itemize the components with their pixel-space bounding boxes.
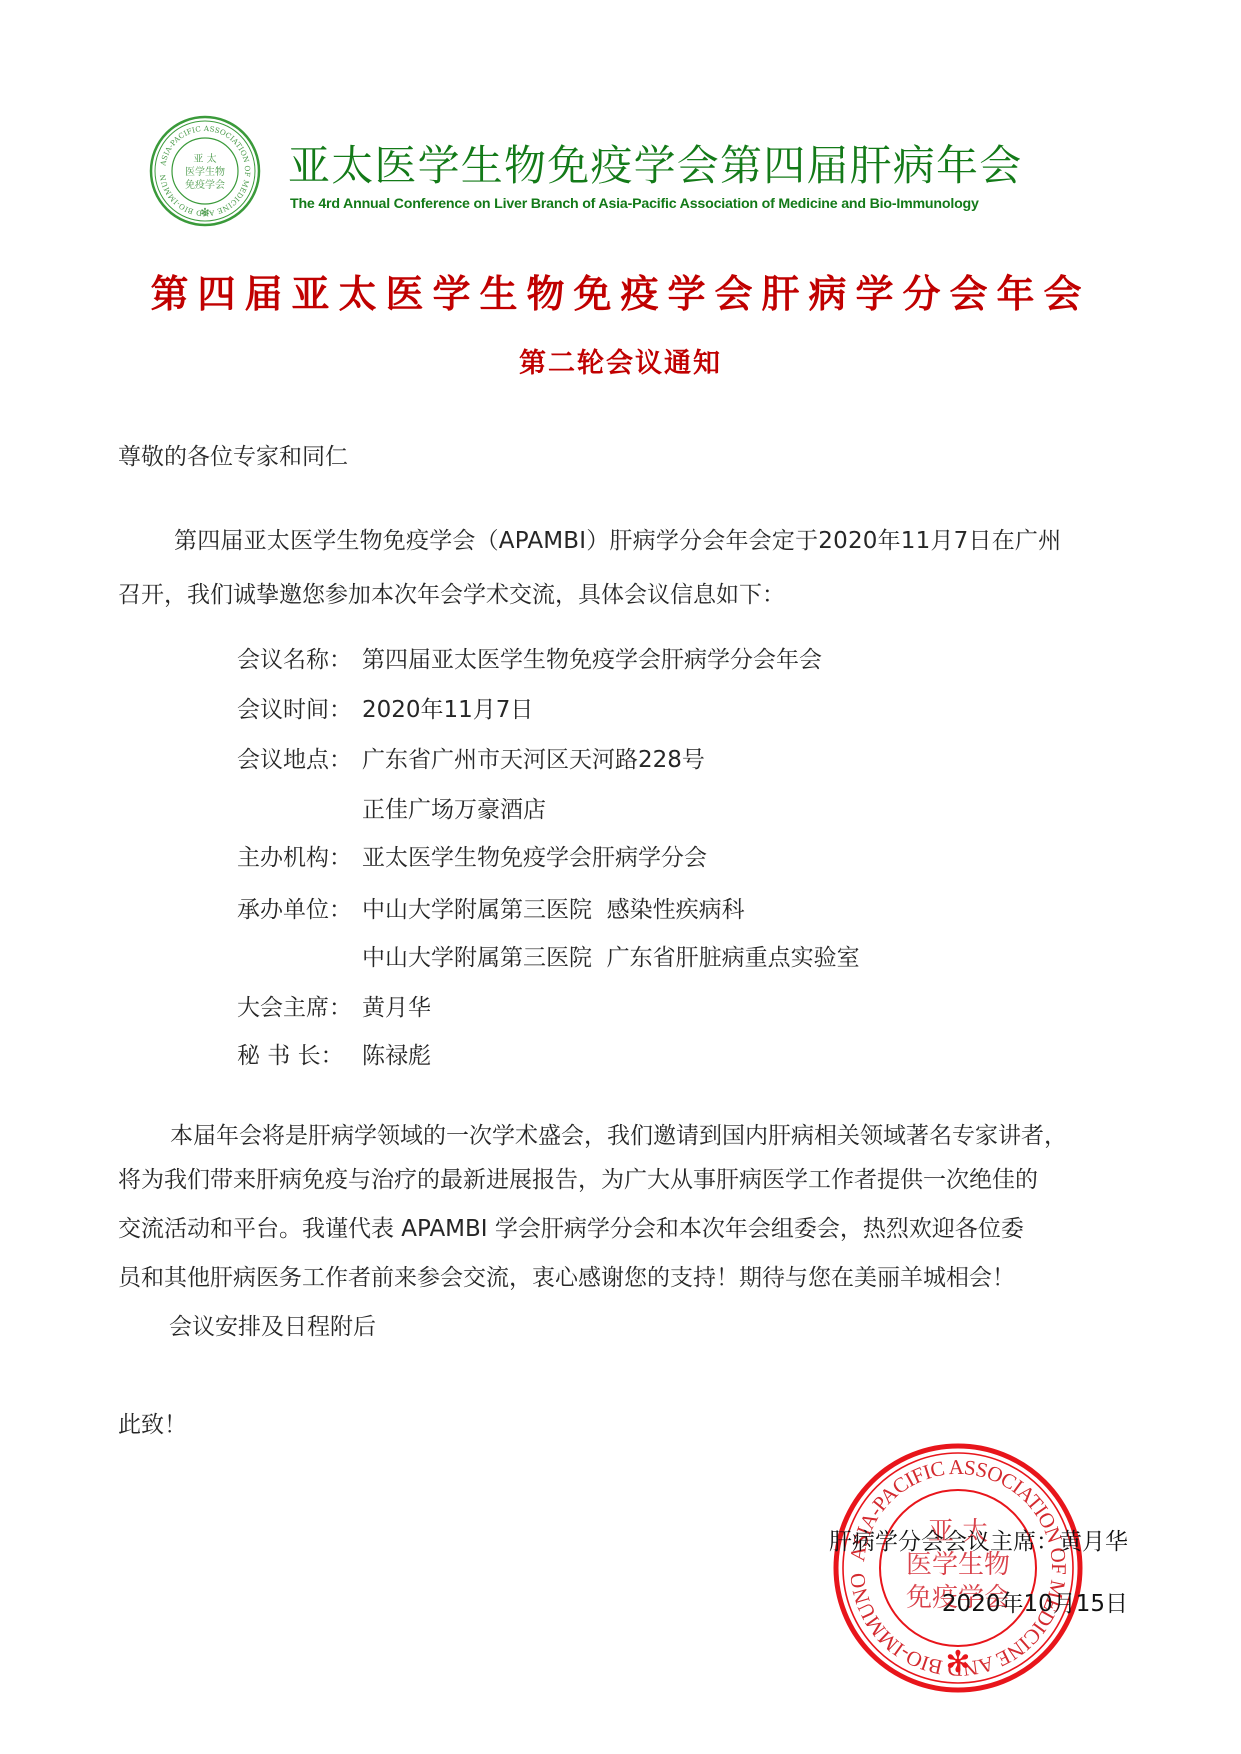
info-label-host: 主办机构： [237, 843, 352, 873]
info-value-name: 第四届亚太医学生物免疫学会肝病学分会年会 [362, 645, 822, 675]
conference-brand-subtitle: The 4rd Annual Conference on Liver Branc… [290, 196, 979, 212]
info-value-venue: 广东省广州市天河区天河路228号 [362, 745, 705, 775]
body-line: 将为我们带来肝病免疫与治疗的最新进展报告，为广大从事肝病医学工作者提供一次绝佳的 [118, 1165, 1038, 1195]
official-seal-icon: ASIA-PACIFIC ASSOCIATION OF MEDICINE AND… [832, 1442, 1084, 1694]
document-title: 第四届亚太医学生物免疫学会肝病学分会年会 [0, 272, 1241, 316]
body-line: 交流活动和平台。我谨代表 APAMBI 学会肝病学分会和本次年会组委会，热烈欢迎… [118, 1214, 1024, 1244]
association-logo-icon: ASIA-PACIFIC ASSOCIATION OF MEDICINE AND… [149, 115, 261, 227]
info-value-organizer: 中山大学附属第三医院 感染性疾病科 [362, 895, 745, 925]
conference-brand-title: 亚太医学生物免疫学会第四届肝病年会 [288, 142, 1022, 190]
info-label-name: 会议名称： [237, 645, 352, 675]
body-line: 本届年会将是肝病学领域的一次学术盛会，我们邀请到国内肝病相关领域著名专家讲者， [170, 1121, 1067, 1151]
signature-date: 2020年10月15日 [942, 1589, 1128, 1619]
svg-text:医学生物: 医学生物 [185, 165, 225, 178]
greeting: 尊敬的各位专家和同仁 [118, 442, 348, 472]
info-label-venue: 会议地点： [237, 745, 352, 775]
document-subtitle: 第二轮会议通知 [0, 347, 1241, 381]
info-label-secretary: 秘 书 长： [237, 1041, 344, 1071]
svg-text:✻: ✻ [945, 1645, 970, 1680]
closing-salutation: 此致！ [118, 1410, 187, 1440]
svg-text:✻: ✻ [200, 206, 209, 219]
info-value-venue-line2: 正佳广场万豪酒店 [362, 795, 546, 825]
info-label-chair: 大会主席： [237, 993, 352, 1023]
intro-line: 第四届亚太医学生物免疫学会（APAMBI）肝病学分会年会定于2020年11月7日… [174, 526, 1061, 556]
signature: 肝病学分会会议主席：黄月华 [829, 1527, 1128, 1557]
info-label-time: 会议时间： [237, 695, 352, 725]
schedule-note: 会议安排及日程附后 [169, 1312, 376, 1342]
info-value-secretary: 陈禄彪 [362, 1041, 431, 1071]
info-value-chair: 黄月华 [362, 993, 431, 1023]
info-label-organizer: 承办单位： [237, 895, 352, 925]
info-value-time: 2020年11月7日 [362, 695, 533, 725]
info-value-organizer-line2: 中山大学附属第三医院 广东省肝脏病重点实验室 [362, 943, 860, 973]
svg-text:免疫学会: 免疫学会 [185, 178, 225, 191]
intro-line: 召开，我们诚挚邀您参加本次年会学术交流，具体会议信息如下： [118, 580, 785, 610]
svg-text:亚 太: 亚 太 [193, 152, 216, 165]
body-line: 员和其他肝病医务工作者前来参会交流，衷心感谢您的支持！期待与您在美丽羊城相会！ [118, 1263, 1015, 1293]
info-value-host: 亚太医学生物免疫学会肝病学分会 [362, 843, 707, 873]
